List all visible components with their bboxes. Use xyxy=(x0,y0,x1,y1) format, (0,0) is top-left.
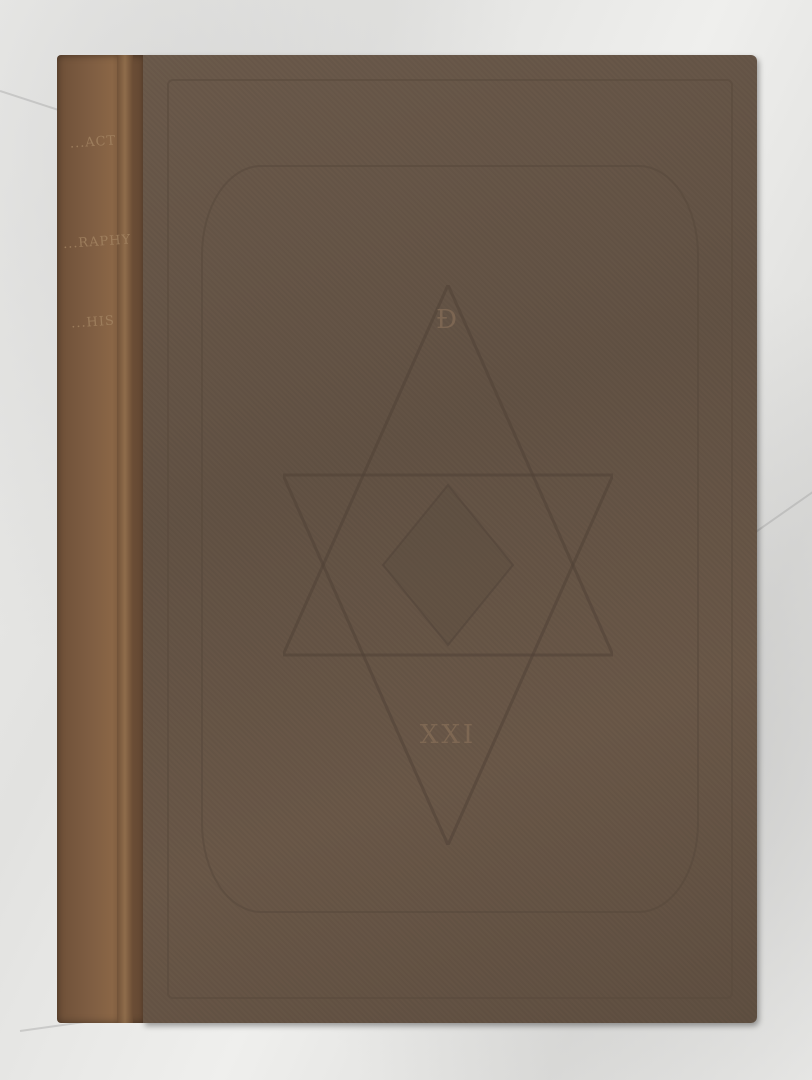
spine-title-line-1: ...ACT xyxy=(63,133,124,152)
cover-bottom-label: XXI xyxy=(373,720,523,750)
spine-title-line-2: ...RAPHY xyxy=(63,233,124,252)
spine-band xyxy=(117,55,133,1023)
cover-top-label: Ð xyxy=(373,305,523,335)
book-spine: ...ACT ...RAPHY ...HIS xyxy=(57,55,149,1023)
book: ...ACT ...RAPHY ...HIS Ð XXI xyxy=(57,55,757,1023)
book-cover: Ð XXI xyxy=(143,55,757,1023)
star-emblem-icon xyxy=(283,285,613,845)
spine-title-line-3: ...HIS xyxy=(63,313,124,332)
